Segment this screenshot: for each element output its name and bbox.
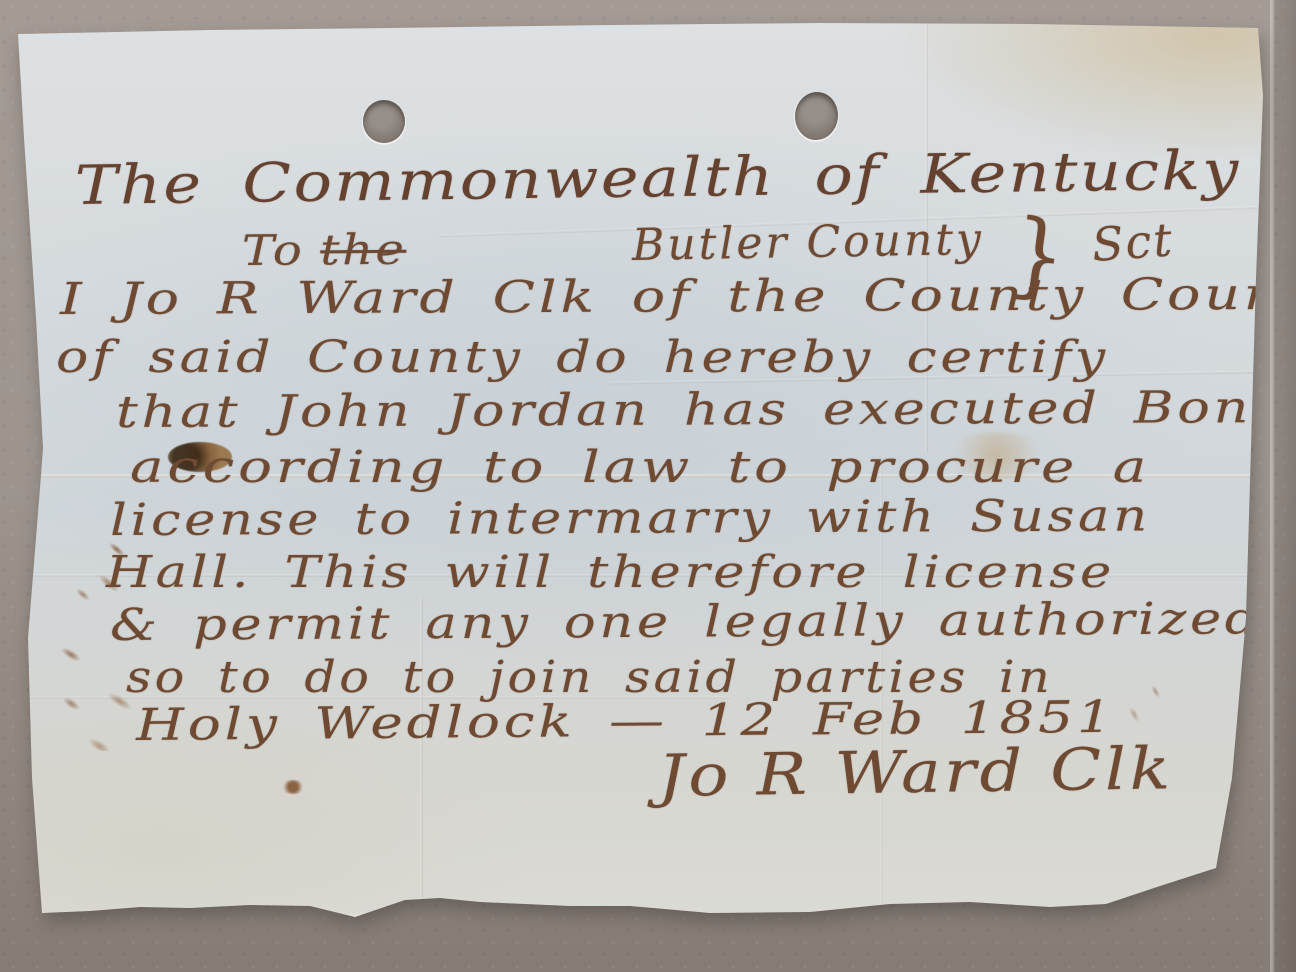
handwritten-line: of said County do hereby certify bbox=[56, 332, 1109, 383]
handwritten-line: according to law to procure a bbox=[130, 442, 1150, 493]
handwritten-line: & permit any one legally authorized bbox=[110, 593, 1263, 651]
punch-hole-right bbox=[793, 90, 841, 142]
salutation-to: To bbox=[242, 226, 305, 275]
age-stain bbox=[1108, 668, 1183, 738]
handwritten-line: Hall. This will therefore license bbox=[106, 547, 1115, 598]
salutation-the-strikethrough: the bbox=[320, 225, 407, 275]
punch-hole-left bbox=[363, 100, 405, 143]
photo-scene: The Commonwealth of Kentucky Tothe Butle… bbox=[0, 0, 1296, 972]
salutation-line: Tothe bbox=[242, 225, 407, 275]
handwritten-line: that John Jordan has executed Bond bbox=[116, 382, 1291, 438]
handwritten-line: I Jo R Ward Clk of the County Court bbox=[60, 269, 1296, 325]
document-paper: The Commonwealth of Kentucky Tothe Butle… bbox=[10, 18, 1266, 920]
county-name: Butler County bbox=[632, 214, 985, 271]
table-edge-strip bbox=[1270, 0, 1296, 972]
age-stain bbox=[282, 780, 304, 794]
clerk-signature: Jo R Ward Clk bbox=[657, 734, 1174, 810]
handwritten-line: license to intermarry with Susan bbox=[110, 490, 1151, 546]
sct-label: Sct bbox=[1090, 212, 1175, 272]
document-paper-wrap: The Commonwealth of Kentucky Tothe Butle… bbox=[10, 18, 1266, 920]
